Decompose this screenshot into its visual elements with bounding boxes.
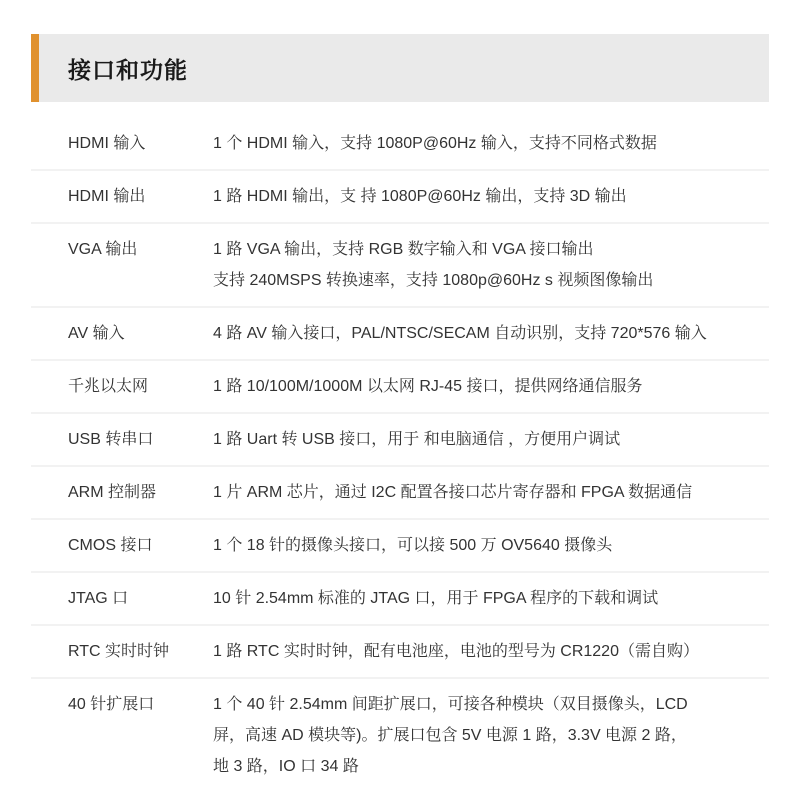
table-row: USB 转串口 1 路 Uart 转 USB 接口，用于 和电脑通信 ，方便用户… [31,412,769,465]
spec-line: 地 3 路，IO 口 34 路 [213,751,769,782]
page-title: 接口和功能 [68,52,188,85]
spec-label: HDMI 输入 [68,128,213,159]
spec-label: CMOS 接口 [68,530,213,561]
spec-line: 10 针 2.54mm 标准的 JTAG 口，用于 FPGA 程序的下载和调试 [213,583,769,614]
table-row: JTAG 口 10 针 2.54mm 标准的 JTAG 口，用于 FPGA 程序… [31,571,769,624]
section-header: 接口和功能 [31,34,769,102]
spec-label: RTC 实时时钟 [68,636,213,667]
spec-description: 1 片 ARM 芯片，通过 I2C 配置各接口芯片寄存器和 FPGA 数据通信 [213,477,769,508]
table-row: 40 针扩展口 1 个 40 针 2.54mm 间距扩展口，可接各种模块（双目摄… [31,677,769,792]
table-row: AV 输入 4 路 AV 输入接口，PAL/NTSC/SECAM 自动识别，支持… [31,306,769,359]
table-row: HDMI 输入 1 个 HDMI 输入，支持 1080P@60Hz 输入，支持不… [31,118,769,169]
spec-label: 40 针扩展口 [68,689,213,782]
spec-label: AV 输入 [68,318,213,349]
spec-line: 支持 240MSPS 转换速率，支持 1080p@60Hz s 视频图像输出 [213,265,769,296]
spec-label: HDMI 输出 [68,181,213,212]
spec-label: USB 转串口 [68,424,213,455]
spec-description: 10 针 2.54mm 标准的 JTAG 口，用于 FPGA 程序的下载和调试 [213,583,769,614]
spec-description: 1 个 40 针 2.54mm 间距扩展口，可接各种模块（双目摄像头，LCD屏，… [213,689,769,782]
spec-line: 1 个 HDMI 输入，支持 1080P@60Hz 输入，支持不同格式数据 [213,128,769,159]
table-row: 千兆以太网 1 路 10/100M/1000M 以太网 RJ-45 接口，提供网… [31,359,769,412]
spec-label: ARM 控制器 [68,477,213,508]
spec-line: 1 路 RTC 实时时钟，配有电池座，电池的型号为 CR1220（需自购） [213,636,769,667]
spec-line: 1 路 Uart 转 USB 接口，用于 和电脑通信 ，方便用户调试 [213,424,769,455]
spec-description: 1 路 HDMI 输出，支 持 1080P@60Hz 输出，支持 3D 输出 [213,181,769,212]
table-row: ARM 控制器 1 片 ARM 芯片，通过 I2C 配置各接口芯片寄存器和 FP… [31,465,769,518]
table-row: CMOS 接口 1 个 18 针的摄像头接口，可以接 500 万 OV5640 … [31,518,769,571]
spec-line: 1 片 ARM 芯片，通过 I2C 配置各接口芯片寄存器和 FPGA 数据通信 [213,477,769,508]
table-row: HDMI 输出 1 路 HDMI 输出，支 持 1080P@60Hz 输出，支持… [31,169,769,222]
spec-description: 1 路 Uart 转 USB 接口，用于 和电脑通信 ，方便用户调试 [213,424,769,455]
spec-line: 1 路 10/100M/1000M 以太网 RJ-45 接口，提供网络通信服务 [213,371,769,402]
spec-label: VGA 输出 [68,234,213,296]
spec-line: 1 个 18 针的摄像头接口，可以接 500 万 OV5640 摄像头 [213,530,769,561]
spec-line: 4 路 AV 输入接口，PAL/NTSC/SECAM 自动识别，支持 720*5… [213,318,769,349]
spec-line: 1 个 40 针 2.54mm 间距扩展口，可接各种模块（双目摄像头，LCD [213,689,769,720]
spec-description: 1 路 10/100M/1000M 以太网 RJ-45 接口，提供网络通信服务 [213,371,769,402]
spec-line: 屏，高速 AD 模块等)。扩展口包含 5V 电源 1 路，3.3V 电源 2 路… [213,720,769,751]
spec-line: 1 路 VGA 输出，支持 RGB 数字输入和 VGA 接口输出 [213,234,769,265]
spec-table: HDMI 输入 1 个 HDMI 输入，支持 1080P@60Hz 输入，支持不… [31,118,769,792]
spec-description: 1 路 VGA 输出，支持 RGB 数字输入和 VGA 接口输出支持 240MS… [213,234,769,296]
spec-label: 千兆以太网 [68,371,213,402]
spec-label: JTAG 口 [68,583,213,614]
table-row: RTC 实时时钟 1 路 RTC 实时时钟，配有电池座，电池的型号为 CR122… [31,624,769,677]
spec-description: 1 路 RTC 实时时钟，配有电池座，电池的型号为 CR1220（需自购） [213,636,769,667]
spec-sheet-page: 接口和功能 HDMI 输入 1 个 HDMI 输入，支持 1080P@60Hz … [0,0,800,800]
table-row: VGA 输出 1 路 VGA 输出，支持 RGB 数字输入和 VGA 接口输出支… [31,222,769,306]
spec-description: 1 个 HDMI 输入，支持 1080P@60Hz 输入，支持不同格式数据 [213,128,769,159]
spec-line: 1 路 HDMI 输出，支 持 1080P@60Hz 输出，支持 3D 输出 [213,181,769,212]
accent-bar [31,34,39,102]
spec-description: 4 路 AV 输入接口，PAL/NTSC/SECAM 自动识别，支持 720*5… [213,318,769,349]
spec-description: 1 个 18 针的摄像头接口，可以接 500 万 OV5640 摄像头 [213,530,769,561]
